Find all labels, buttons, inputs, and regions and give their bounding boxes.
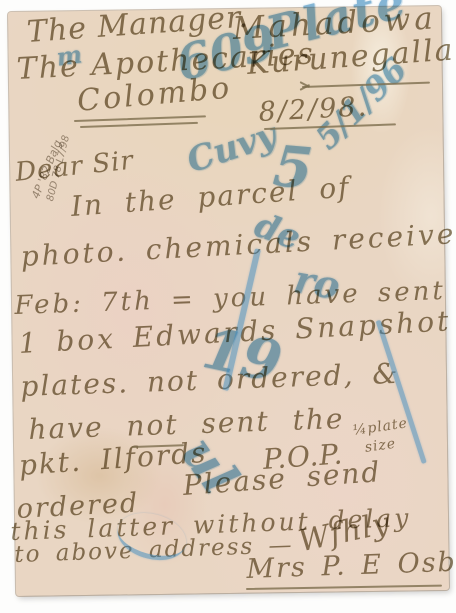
- body-line-5: plates. not ordered, &: [20, 360, 400, 401]
- blue-stroke-mid: [222, 248, 260, 391]
- blue-date-diagonal: 5/1/96: [310, 52, 412, 154]
- body-line-9: ordered: [16, 490, 140, 523]
- blue-hook-arc: [112, 506, 191, 568]
- pencil-note-2: 80D 78 L7/98: [46, 134, 72, 202]
- date: 8/2/98.: [258, 93, 369, 126]
- not-underline: [132, 444, 184, 448]
- handwriting-layer: The Manager.MahadowaThe ApothecariesKuru…: [0, 0, 456, 613]
- body-line-10: this latter without delay: [10, 505, 412, 544]
- blue-scrawl-ro: ro: [291, 260, 342, 305]
- blue-word-plate: Plate: [262, 0, 411, 57]
- blue-scrawl-chain: ul: [173, 428, 246, 502]
- blue-stroke-right: [376, 320, 427, 464]
- place-kurunegalla: Kurunegalla: [246, 35, 456, 79]
- place-colombo: Colombo: [76, 73, 233, 116]
- body-line-8: Please send: [182, 458, 382, 500]
- pencil-note-1: 4P '82 Balg: [30, 139, 63, 201]
- kurunegalla-arrow-line: [302, 82, 430, 88]
- blue-number-609: 609: [172, 18, 281, 89]
- body-line-6: have not sent the: [28, 405, 345, 444]
- date-underline: [264, 123, 396, 130]
- body-line-1: In the parcel of: [70, 173, 351, 220]
- signature-underline: [246, 585, 442, 590]
- blue-scrawl-cury: Cuvy: [183, 118, 280, 179]
- place-mahadowa: Mahadowa: [232, 3, 438, 45]
- addressee-company: The Apothecaries: [16, 39, 316, 85]
- colombo-underline-1: [74, 115, 206, 122]
- blue-number-5: 5: [271, 138, 315, 197]
- body-line-7b: P.O.P.: [262, 440, 344, 474]
- body-line-2: photo. chemicals received: [20, 219, 456, 271]
- plate-size-note-2: size: [364, 437, 397, 455]
- body-line-3: Feb: 7th = you have sent: [14, 278, 446, 319]
- plate-size-note-1: ¼plate: [352, 416, 409, 438]
- closing-flourish: Wfhly: [296, 509, 393, 558]
- signature: Mrs P. E Osborne: [246, 546, 456, 583]
- addressee-line: The Manager.: [26, 3, 250, 48]
- scanned-postcard-image: The Manager.MahadowaThe ApothecariesKuru…: [0, 0, 456, 613]
- blue-scrawl-small: m: [55, 42, 83, 69]
- colombo-underline-2: [80, 122, 198, 128]
- salutation: Dear Sir: [14, 148, 135, 186]
- blue-number-19: 19: [198, 320, 286, 391]
